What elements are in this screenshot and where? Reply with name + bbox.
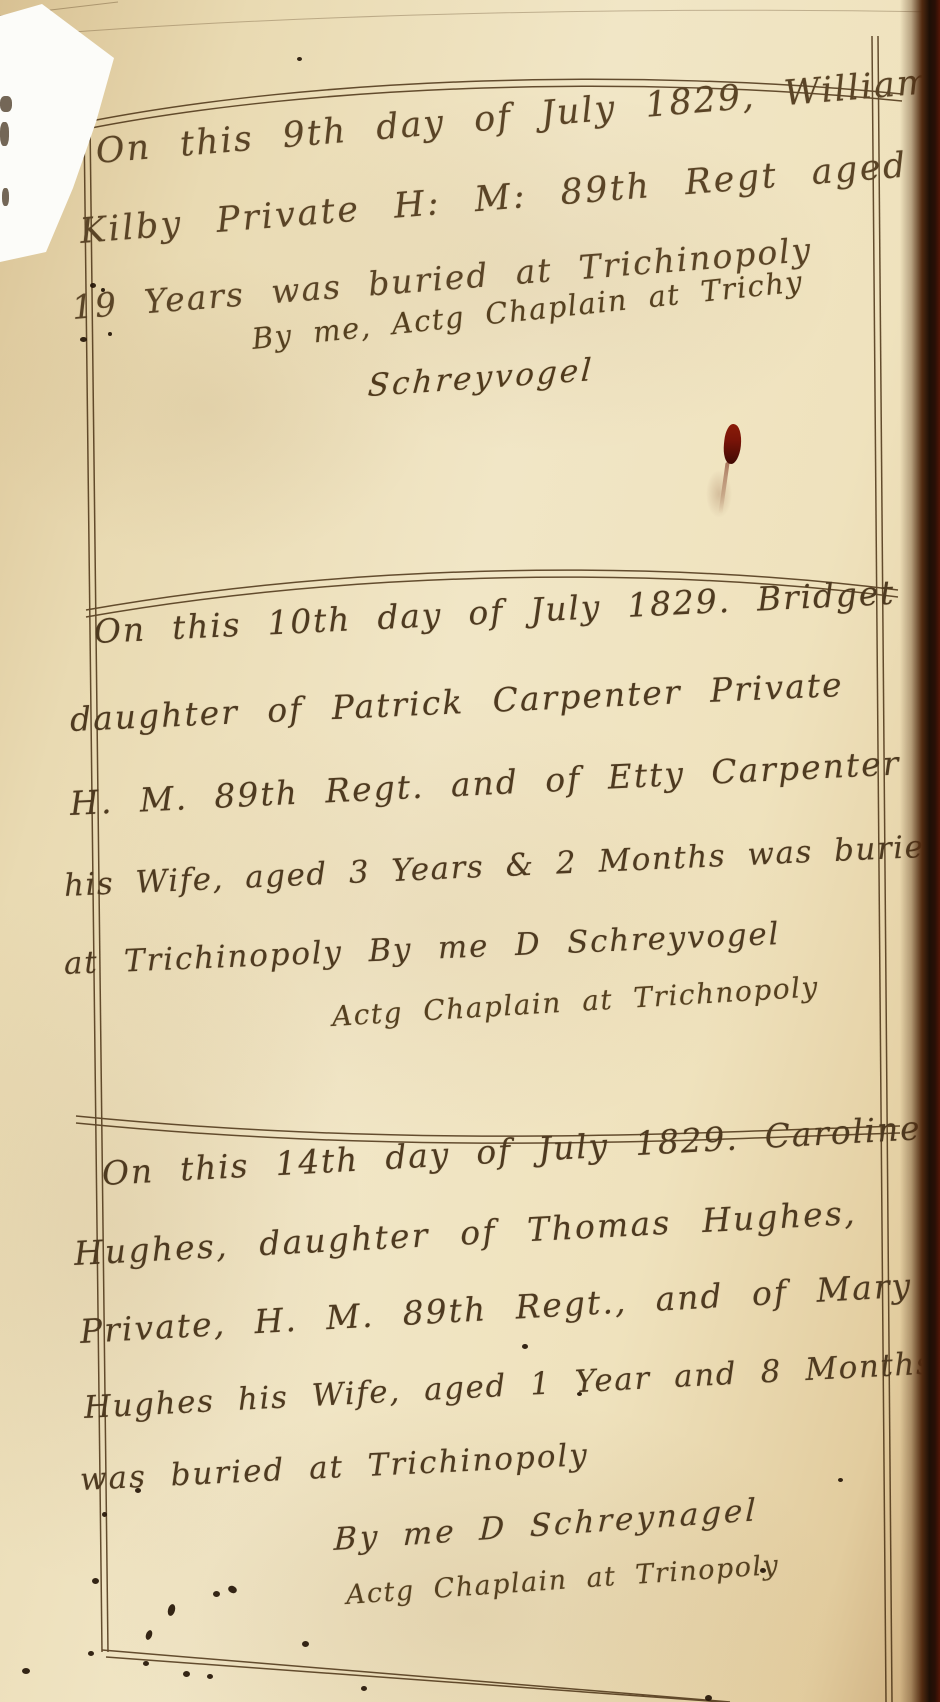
entry-3-line-2: Hughes, daughter of Thomas Hughes, <box>73 1193 858 1273</box>
ink-blot <box>722 423 743 465</box>
ink-spot <box>838 1478 843 1482</box>
entry-3-line-4: Hughes his Wife, aged 1 Year and 8 Month… <box>83 1346 934 1426</box>
entry-2-line-1: On this 10th day of July 1829. Bridget <box>93 573 896 651</box>
entry-3-attestation-2: Actg Chaplain at Trinopoly <box>345 1550 780 1611</box>
entry-1-signature: Schreyvogel <box>367 352 596 404</box>
ink-spot <box>135 1488 141 1493</box>
ink-spot <box>108 332 112 336</box>
ink-spot <box>207 1674 213 1679</box>
ink-spot <box>80 337 87 342</box>
edge-speck <box>0 96 12 112</box>
ink-blot-smear <box>706 470 732 518</box>
ink-spot <box>705 1695 712 1701</box>
entry-3-attestation: By me D Schreynagel <box>333 1492 758 1558</box>
ink-spot <box>522 1344 528 1349</box>
ink-spot <box>92 1578 99 1584</box>
ink-spot <box>102 1512 107 1517</box>
ink-spot <box>361 1686 367 1691</box>
entry-2-attestation: Actg Chaplain at Trichnopoly <box>331 970 820 1033</box>
entry-2-line-3: H. M. 89th Regt. and of Etty Carpenter <box>69 743 901 823</box>
ink-spot <box>213 1591 220 1597</box>
ink-spot <box>144 1629 153 1640</box>
ink-spot <box>167 1603 177 1616</box>
register-page: On this 9th day of July 1829, William Ki… <box>0 0 940 1702</box>
edge-speck <box>0 122 9 146</box>
edge-speck <box>2 188 9 206</box>
entry-2-line-2: daughter of Patrick Carpenter Private <box>69 665 844 739</box>
ink-spot <box>227 1584 238 1594</box>
ink-spot <box>302 1641 309 1647</box>
entry-2-line-4: his Wife, aged 3 Years & 2 Months was bu… <box>63 828 940 904</box>
ink-spot <box>183 1671 190 1677</box>
ink-spot <box>760 1568 766 1573</box>
ink-spot <box>297 57 302 61</box>
entry-2-line-5: at Trichinopoly By me D Schreyvogel <box>63 916 781 982</box>
ink-spot <box>22 1668 30 1674</box>
ink-spot <box>577 1392 582 1396</box>
entry-3-line-5: was buried at Trichinopoly <box>79 1437 590 1498</box>
ink-spot <box>90 283 96 288</box>
entry-3-line-3: Private, H. M. 89th Regt., and of Mary <box>79 1266 913 1351</box>
binding-gutter <box>900 0 940 1702</box>
entry-3-line-1: On this 14th day of July 1829. Caroline <box>101 1108 922 1193</box>
ink-spot <box>88 1651 94 1656</box>
ink-spot <box>143 1661 149 1666</box>
ink-spot <box>101 288 105 292</box>
